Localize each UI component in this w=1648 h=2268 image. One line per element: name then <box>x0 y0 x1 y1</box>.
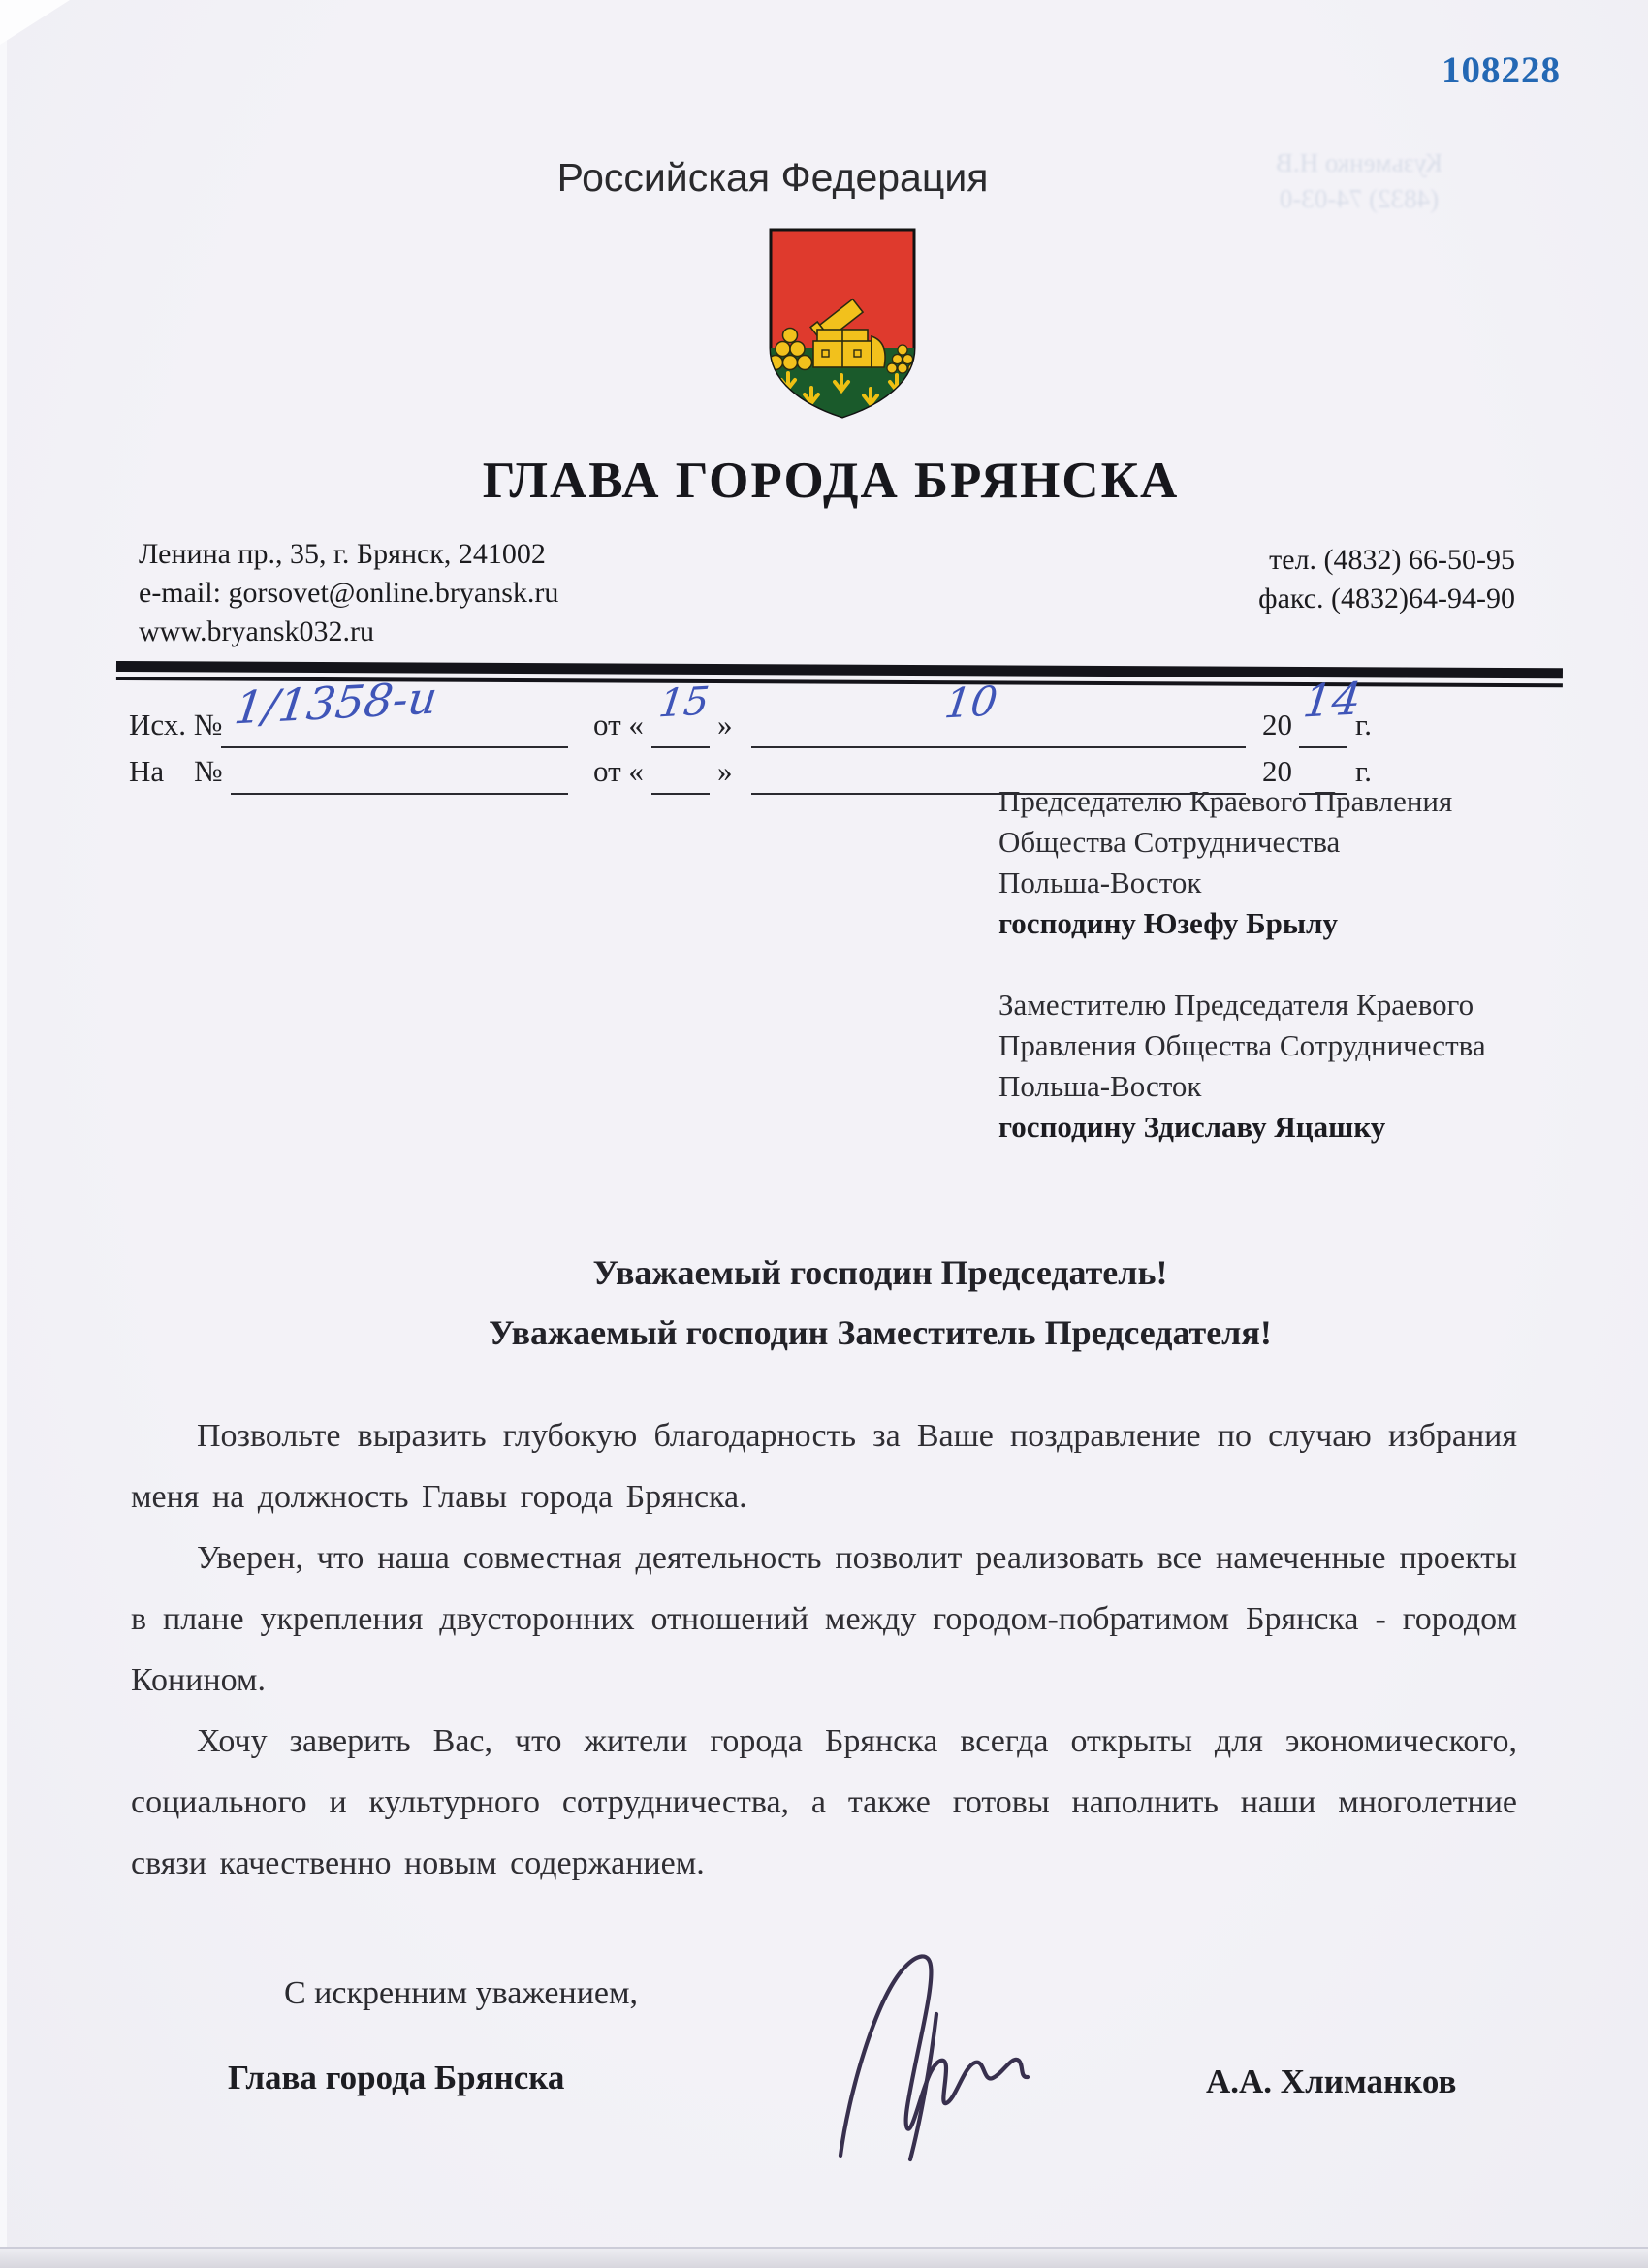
country-heading: Российская Федерация <box>557 155 989 201</box>
blank-underline <box>651 764 710 795</box>
bleedthrough-line: (4832) 74-03-0 <box>1256 181 1462 217</box>
quote-close: » <box>717 708 733 742</box>
recipient-line: Общества Сотрудничества <box>998 822 1452 863</box>
recipient-block-deputy: Заместителю Председателя Краевого Правле… <box>998 985 1486 1148</box>
quote-close: » <box>717 754 733 789</box>
recipient-line: Заместителю Председателя Краевого <box>998 985 1486 1025</box>
from-label: от « <box>593 708 644 742</box>
recipient-line: Правления Общества Сотрудничества <box>998 1025 1486 1066</box>
body-paragraph: Уверен, что наша совместная деятельность… <box>131 1528 1517 1711</box>
scan-edge-bottom <box>0 2247 1648 2268</box>
salutation-deputy: Уважаемый господин Заместитель Председат… <box>489 1312 1272 1353</box>
handwritten-outgoing-number: 1/1358-и <box>232 672 440 735</box>
organization-title: ГЛАВА ГОРОДА БРЯНСКА <box>483 452 1180 510</box>
recipient-block-chairman: Председателю Краевого Правления Общества… <box>998 781 1452 944</box>
from-label: от « <box>593 754 644 789</box>
incoming-label: На <box>129 754 164 789</box>
contact-fax: факс. (4832)64-94-90 <box>1258 580 1515 618</box>
year-prefix: 20 <box>1262 708 1292 742</box>
bleedthrough-text: Кузьменко Н.В (4832) 74-03-0 <box>1256 145 1462 217</box>
signer-position: Глава города Брянска <box>228 2059 564 2097</box>
scan-corner-wedge <box>0 0 70 45</box>
recipient-line: Польша-Восток <box>998 1066 1486 1107</box>
handwritten-signature <box>819 1950 1081 2165</box>
salutation-chairman: Уважаемый господин Председатель! <box>592 1252 1167 1293</box>
outgoing-number-label: Исх. № <box>129 708 222 742</box>
blank-underline <box>231 764 568 795</box>
scanned-letter-page: Кузьменко Н.В (4832) 74-03-0 108228 Росс… <box>0 0 1648 2268</box>
bryansk-coat-of-arms <box>764 226 921 420</box>
body-paragraph: Позвольте выразить глубокую благодарност… <box>131 1405 1517 1528</box>
year-suffix: г. <box>1355 708 1372 742</box>
recipient-line: Председателю Краевого Правления <box>998 781 1452 822</box>
recipient-name: господину Юзефу Брылу <box>998 903 1452 944</box>
contact-website: www.bryansk032.ru <box>139 613 558 651</box>
handwritten-day: 15 <box>656 679 712 727</box>
contact-block-left: Ленина пр., 35, г. Брянск, 241002 e-mail… <box>139 535 558 651</box>
body-paragraph: Хочу заверить Вас, что жители города Бря… <box>131 1711 1517 1894</box>
incoming-no-sign: № <box>194 754 223 789</box>
scan-edge-left <box>0 0 7 2268</box>
contact-phone: тел. (4832) 66-50-95 <box>1258 541 1515 580</box>
handwritten-month: 10 <box>942 677 1000 728</box>
contact-address: Ленина пр., 35, г. Брянск, 241002 <box>139 535 558 574</box>
letter-body: Позвольте выразить глубокую благодарност… <box>131 1405 1517 1894</box>
bleedthrough-line: Кузьменко Н.В <box>1256 145 1462 181</box>
signer-name: А.А. Хлиманков <box>1206 2063 1456 2101</box>
closing-regards: С искренним уважением, <box>284 1975 638 2012</box>
blank-underline <box>751 717 1246 748</box>
contact-email: e-mail: gorsovet@online.bryansk.ru <box>139 574 558 613</box>
recipient-name: господину Здиславу Яцашку <box>998 1107 1486 1148</box>
registration-number: 108228 <box>1442 48 1561 92</box>
recipient-line: Польша-Восток <box>998 863 1452 903</box>
contact-block-right: тел. (4832) 66-50-95 факс. (4832)64-94-9… <box>1258 541 1515 618</box>
